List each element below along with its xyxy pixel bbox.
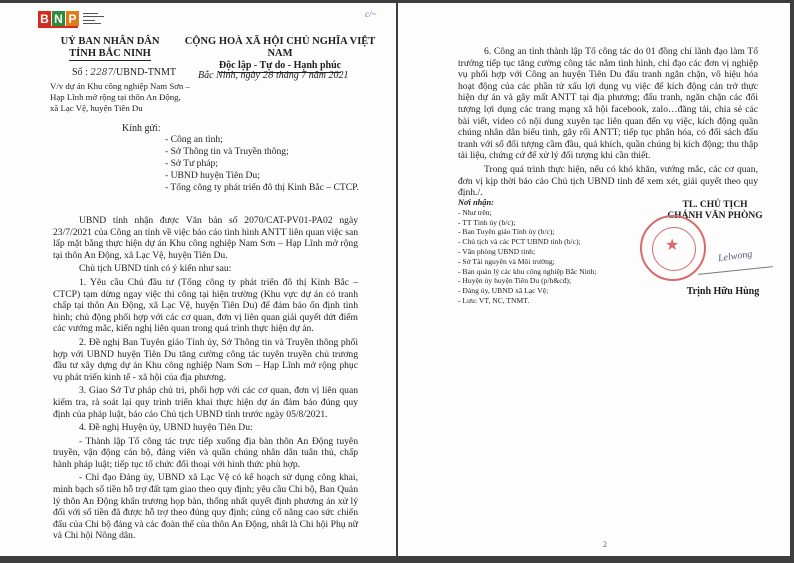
doc-number-handwritten: 2287 (90, 68, 113, 78)
national-header: CỘNG HOÀ XÃ HỘI CHỦ NGHĨA VIỆT NAM Độc l… (175, 36, 385, 73)
star-icon: ★ (665, 235, 679, 255)
distribution-item: - Ban quản lý các khu công nghiệp Bắc Ni… (458, 267, 597, 277)
distribution-item: - Lưu: VT, NC, TNMT. (458, 296, 597, 306)
body-paragraph: Trong quá trình thực hiện, nếu có khó kh… (458, 164, 758, 199)
recipient-item: - Tổng công ty phát triển đô thị Kinh Bắ… (165, 182, 359, 194)
recipient-item: - UBND huyện Tiên Du; (165, 170, 359, 182)
document-number: Số : 2287/UBND-TNMT (72, 67, 176, 78)
agency-line-2: TỈNH BẮC NINH (69, 48, 151, 61)
signature-stroke (698, 266, 773, 275)
body-paragraph: - Chỉ đạo Đảng ủy, UBND xã Lạc Vệ có kế … (53, 472, 358, 542)
bnp-logo: B N P ▬▬▬▬▬▬▬▬▬▬▬▬▬▬▬▬▬▬▬▬▬▬ (38, 11, 133, 26)
body-paragraph: 2. Đề nghị Ban Tuyên giáo Tỉnh ủy, Sở Th… (53, 337, 358, 383)
logo-letter-p: P (66, 11, 79, 26)
body-text-page-1: UBND tỉnh nhận được Văn bản số 2070/CAT-… (53, 215, 358, 544)
document-page-2: 6. Công an tỉnh thành lập Tổ công tác do… (398, 3, 790, 556)
body-paragraph: 3. Giao Sở Tư pháp chủ trì, phối hợp với… (53, 385, 358, 420)
document-page-1: B N P ▬▬▬▬▬▬▬▬▬▬▬▬▬▬▬▬▬▬▬▬▬▬ c/~ UỶ BAN … (0, 3, 396, 556)
document-date: Bắc Ninh, ngày 28 tháng 7 năm 2021 (198, 69, 348, 81)
distribution-item: - Ban Tuyên giáo Tỉnh ủy (b/c); (458, 227, 597, 237)
body-paragraph: 1. Yêu cầu Chủ đầu tư (Tổng công ty phát… (53, 277, 358, 335)
date-day: 28 (262, 69, 273, 81)
body-paragraph: - Thành lập Tổ công tác trực tiếp xuống … (53, 436, 358, 471)
distribution-item: - Đảng ủy, UBND xã Lạc Vệ; (458, 286, 597, 296)
page-number: 2 (603, 540, 607, 549)
recipient-item: - Sở Tư pháp; (165, 158, 359, 170)
agency-line-1: UỶ BAN NHÂN DÂN (40, 36, 180, 48)
corner-handwritten-mark: c/~ (365, 9, 376, 19)
recipient-list: - Công an tỉnh; - Sở Thông tin và Truyền… (165, 134, 359, 194)
doc-number-suffix: /UBND-TNMT (113, 67, 176, 78)
logo-letter-n: N (52, 11, 65, 26)
logo-underline (38, 26, 78, 28)
document-subject: V/v dự án Khu công nghiệp Nam Sơn – Hạp … (50, 81, 190, 114)
issuing-agency: UỶ BAN NHÂN DÂN TỈNH BẮC NINH (40, 36, 180, 61)
doc-number-prefix: Số : (72, 67, 88, 78)
distribution-item: - Chủ tịch và các PCT UBND tỉnh (b/c); (458, 237, 597, 247)
logo-tagline: ▬▬▬▬▬▬▬▬▬▬▬▬▬▬▬▬▬▬▬▬▬▬ (83, 12, 133, 26)
national-title: CỘNG HOÀ XÃ HỘI CHỦ NGHĨA VIỆT NAM (175, 36, 385, 60)
body-paragraph: 6. Công an tỉnh thành lập Tổ công tác do… (458, 46, 758, 162)
date-rest: tháng 7 năm 2021 (276, 70, 349, 81)
distribution-title: Nơi nhận: (458, 198, 597, 208)
signature-line-1: TL. CHỦ TỊCH (640, 200, 790, 211)
distribution-item: - Văn phòng UBND tỉnh; (458, 247, 597, 257)
official-seal-stamp: ★ (640, 215, 706, 281)
distribution-item: - Huyện ủy huyện Tiên Du (p/h&cđ); (458, 276, 597, 286)
logo-letter-b: B (38, 11, 51, 26)
signer-name: Trịnh Hữu Hùng (663, 286, 783, 297)
distribution-item: - Sở Tài nguyên và Môi trường; (458, 257, 597, 267)
distribution-item: - TT Tỉnh ủy (b/c); (458, 218, 597, 228)
date-prefix: Bắc Ninh, ngày (198, 70, 260, 81)
handwritten-signature: Lelwong (717, 249, 753, 265)
body-text-page-2: 6. Công an tỉnh thành lập Tổ công tác do… (458, 46, 758, 201)
kinh-gui-label: Kính gửi: (122, 123, 160, 134)
distribution-item: - Như trên; (458, 208, 597, 218)
recipient-item: - Sở Thông tin và Truyền thông; (165, 146, 359, 158)
body-paragraph: Chủ tịch UBND tỉnh có ý kiến như sau: (53, 263, 358, 275)
body-paragraph: 4. Đề nghị Huyện ủy, UBND huyện Tiên Du: (53, 422, 358, 434)
distribution-list: Nơi nhận: - Như trên; - TT Tỉnh ủy (b/c)… (458, 198, 597, 306)
body-paragraph: UBND tỉnh nhận được Văn bản số 2070/CAT-… (53, 215, 358, 261)
recipient-item: - Công an tỉnh; (165, 134, 359, 146)
